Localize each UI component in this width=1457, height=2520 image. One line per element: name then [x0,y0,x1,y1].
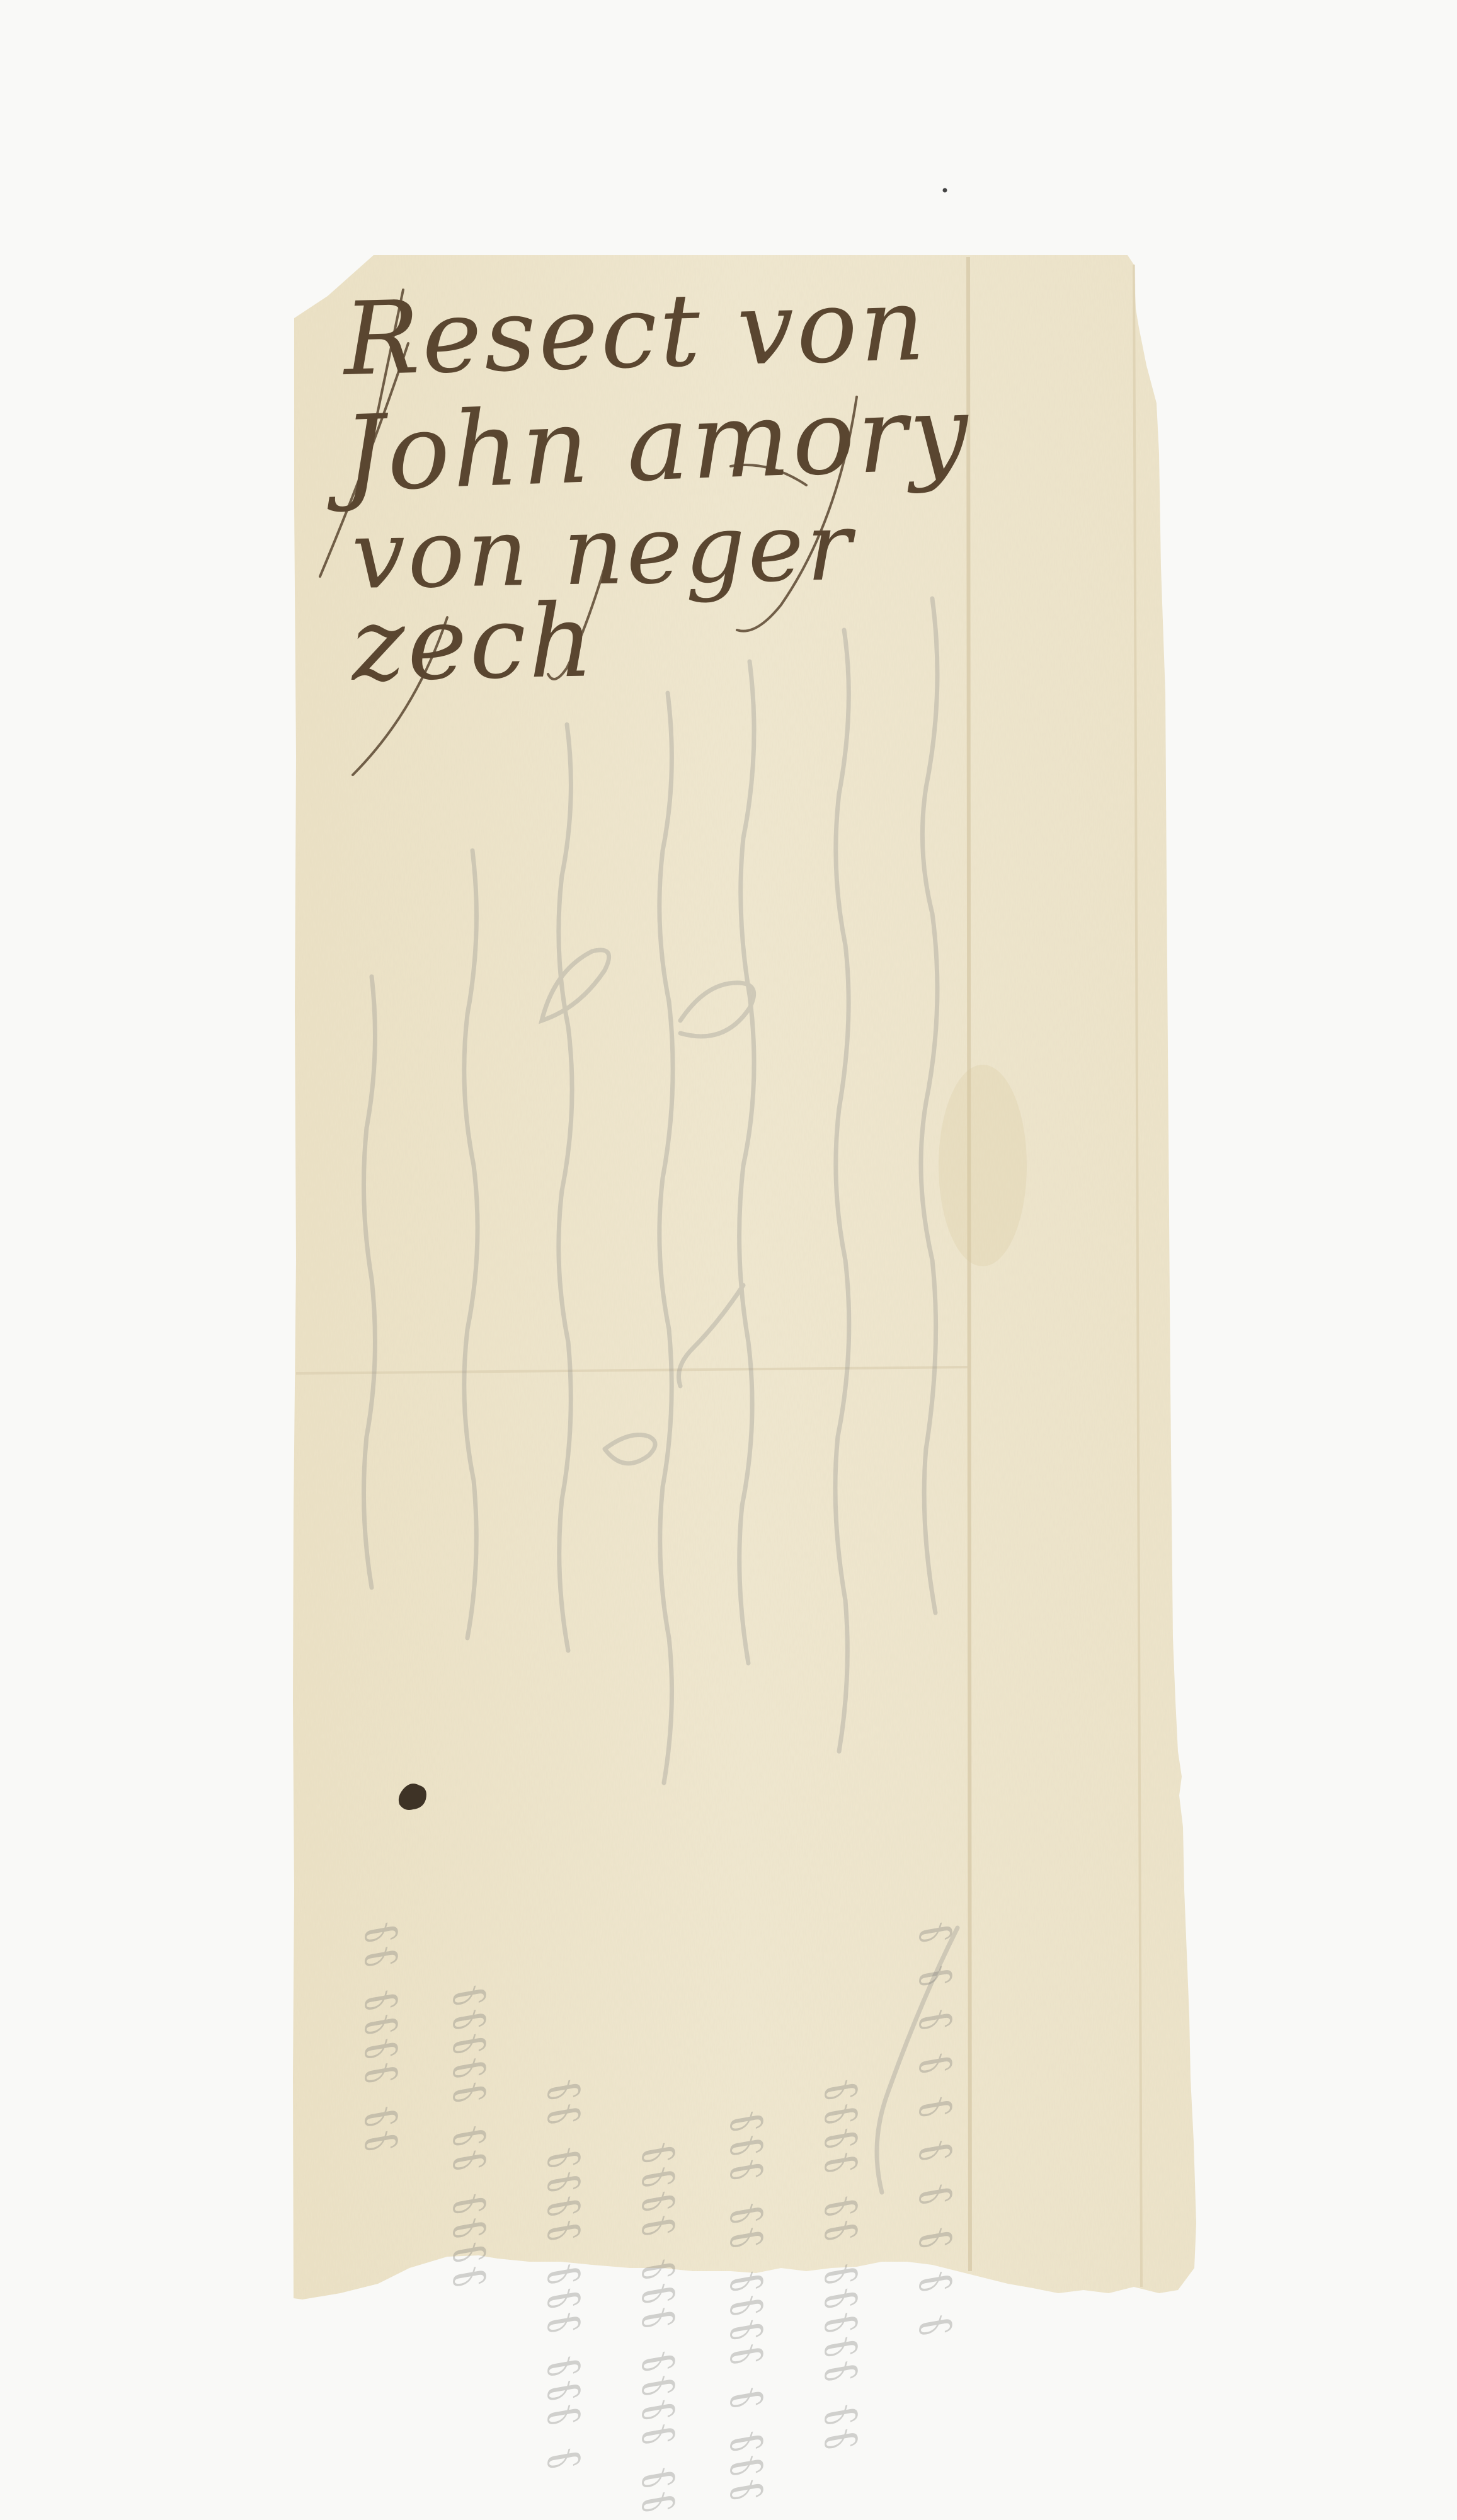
bleed-through-column-3: ℓℓℓ ℓℓ ℓℓℓℓ ℓ ℓℓℓ [718,2110,775,2504]
handwriting-line-4: zech [351,581,597,704]
background-speck [943,188,947,193]
bleed-through-column-2: ℓℓℓℓ ℓℓ ℓℓℓℓℓ ℓℓ [813,2079,869,2453]
bleed-through-column-7: ℓℓ ℓℓℓℓ ℓℓ [353,1921,409,2155]
document-scan: Resect von John amory von neger zech ℓ ℓ… [0,0,1457,2520]
bleed-through-column-1: ℓ ℓ ℓ ℓ ℓ ℓ ℓ ℓ ℓ ℓ [907,1921,964,2339]
bleed-through-column-5: ℓℓ ℓℓℓℓ ℓℓℓ ℓℓℓ ℓ [535,2079,592,2472]
bleed-through-column-6: ℓℓℓℓℓ ℓℓ ℓℓℓℓ [441,1984,498,2290]
handwriting-line-2: John amory [341,372,973,515]
fold-line-vertical-1 [968,257,970,2271]
paper-stain [939,1065,1027,1266]
bleed-through-column-4: ℓℓℓℓ ℓℓℓ ℓℓℓℓ ℓℓ [630,2142,687,2516]
